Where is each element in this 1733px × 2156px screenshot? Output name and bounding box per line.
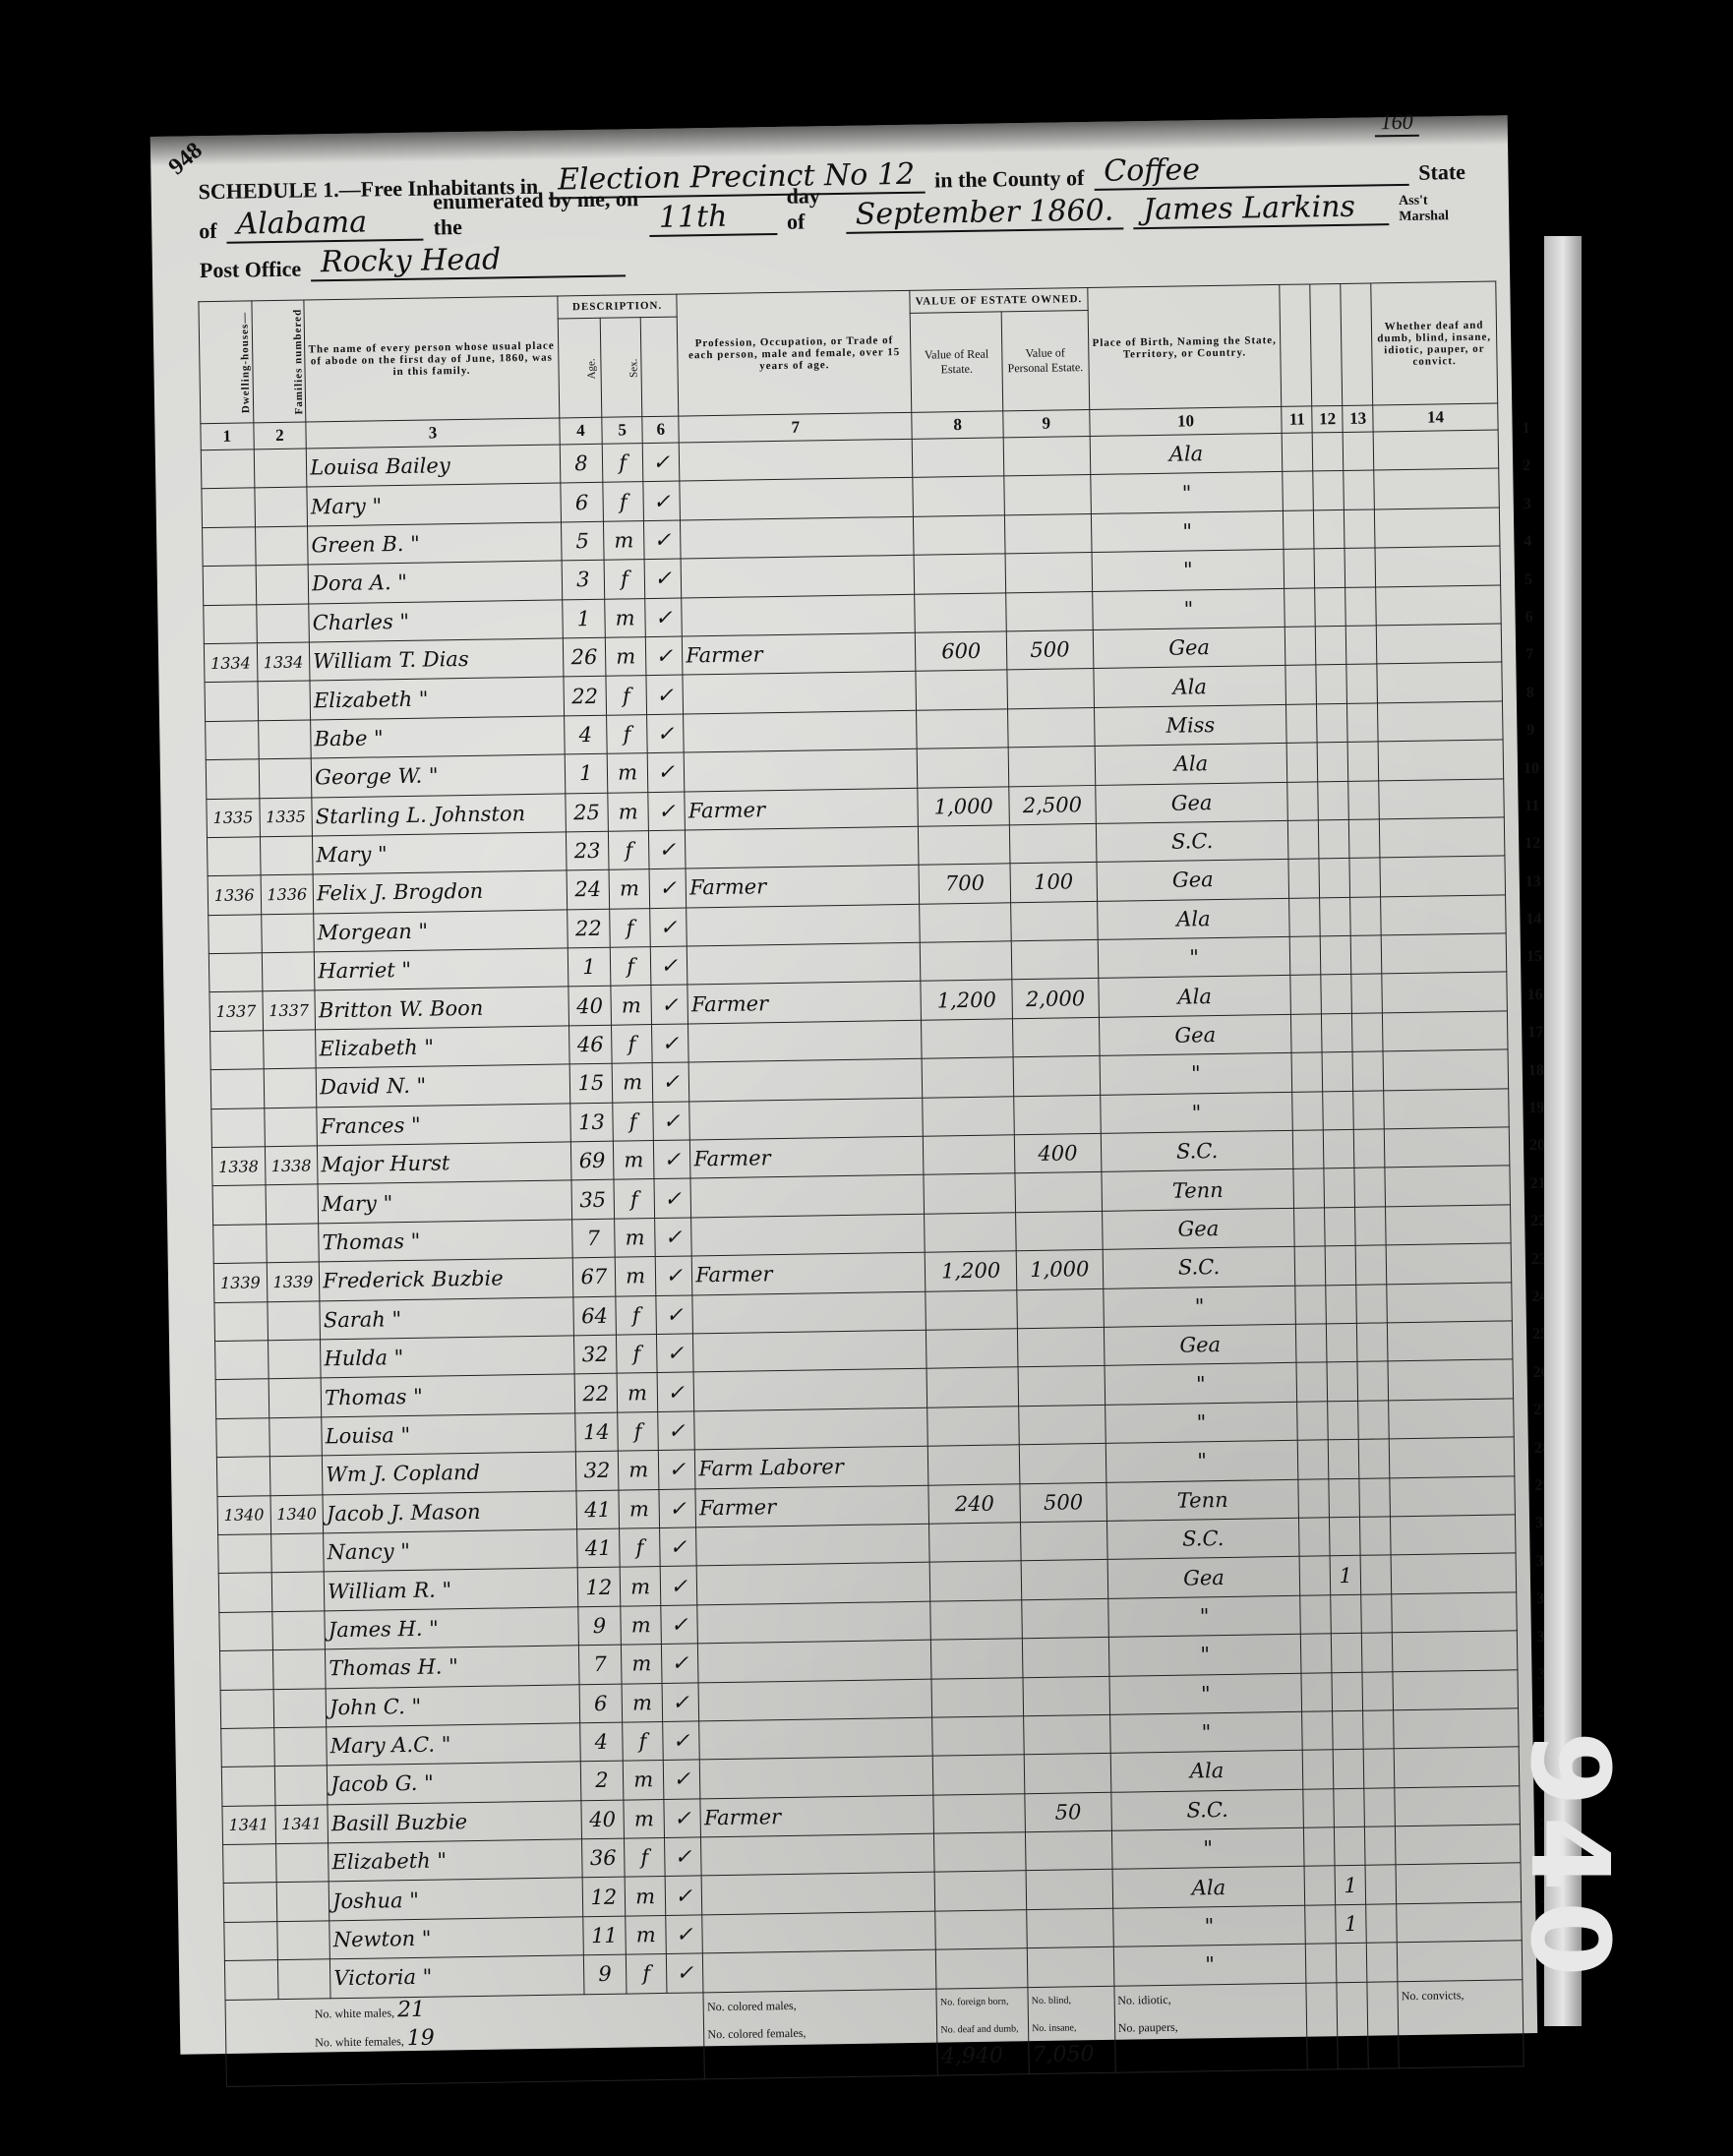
cell-school bbox=[1323, 1091, 1354, 1130]
cell-name: Harriet " bbox=[314, 948, 568, 990]
cell-school bbox=[1325, 1246, 1356, 1286]
colored-females-label: No. colored females, bbox=[707, 2025, 806, 2041]
cell-school bbox=[1334, 1788, 1365, 1827]
cell-sex: m bbox=[605, 637, 646, 677]
cell-dwelling bbox=[215, 1379, 269, 1418]
white-males: 21 bbox=[397, 1997, 425, 2021]
cell-occupation bbox=[698, 1640, 932, 1682]
cell-sex: f bbox=[616, 1335, 657, 1374]
line-number: 12 bbox=[1521, 825, 1545, 864]
cell-birth: Gea bbox=[1097, 860, 1289, 901]
cell-name: Mary A.C. " bbox=[327, 1723, 580, 1766]
cell-illiterate bbox=[1349, 858, 1381, 897]
cell-real: 1,000 bbox=[918, 786, 1009, 826]
cell-personal: 50 bbox=[1025, 1792, 1111, 1832]
cell-infirm bbox=[1373, 430, 1498, 470]
cell-personal bbox=[1004, 475, 1091, 515]
cell-dwelling bbox=[206, 759, 259, 799]
cell-school bbox=[1319, 859, 1350, 898]
cell-color: ✓ bbox=[657, 1334, 694, 1373]
cell-school bbox=[1314, 549, 1345, 588]
cell-name: John C. " bbox=[326, 1684, 579, 1726]
cell-married bbox=[1299, 1518, 1331, 1557]
cell-occupation bbox=[688, 1020, 923, 1062]
cell-family bbox=[275, 1843, 329, 1883]
cell-illiterate bbox=[1351, 974, 1383, 1013]
col-header-name: The name of every person whose usual pla… bbox=[304, 296, 560, 422]
cell-name: Britton W. Boon bbox=[315, 987, 568, 1029]
cell-dwelling bbox=[216, 1417, 269, 1457]
cell-occupation: Farmer bbox=[690, 1136, 925, 1178]
foreign-born-label: No. foreign born, bbox=[940, 1996, 1009, 2007]
cell-color: ✓ bbox=[657, 1372, 694, 1411]
cell-infirm bbox=[1383, 1011, 1508, 1051]
cell-personal: 2,500 bbox=[1009, 785, 1096, 825]
cell-family bbox=[255, 526, 308, 566]
cell-occupation bbox=[702, 1911, 936, 1953]
cell-infirm bbox=[1392, 1592, 1517, 1633]
cell-school bbox=[1312, 432, 1344, 471]
cell-age: 8 bbox=[560, 444, 603, 483]
cell-infirm bbox=[1388, 1359, 1513, 1400]
col-number: 5 bbox=[602, 417, 643, 445]
cell-personal bbox=[1008, 747, 1095, 787]
cell-infirm bbox=[1395, 1785, 1520, 1826]
cell-age: 40 bbox=[568, 987, 612, 1026]
col-number: 14 bbox=[1373, 403, 1498, 432]
cell-real bbox=[916, 670, 1007, 710]
cell-infirm bbox=[1397, 1941, 1522, 1981]
cell-sex: m bbox=[615, 1218, 656, 1257]
cell-family bbox=[266, 1224, 319, 1263]
cell-married bbox=[1284, 510, 1315, 550]
col-header-occupation: Profession, Occupation, or Trade of each… bbox=[677, 290, 912, 416]
cell-married bbox=[1303, 1788, 1335, 1827]
cell-dwelling bbox=[212, 1185, 266, 1225]
line-number: 4 bbox=[1516, 523, 1540, 562]
cell-personal bbox=[1026, 1830, 1112, 1871]
cell-married bbox=[1295, 1246, 1327, 1286]
cell-dwelling bbox=[219, 1650, 272, 1690]
cell-dwelling bbox=[214, 1301, 268, 1341]
cell-illiterate bbox=[1354, 1168, 1386, 1207]
cell-age: 1 bbox=[565, 753, 608, 793]
cell-age: 7 bbox=[571, 1219, 615, 1258]
cell-family bbox=[271, 1611, 325, 1650]
cell-birth: Gea bbox=[1093, 627, 1285, 668]
cell-infirm bbox=[1394, 1747, 1519, 1787]
cell-school bbox=[1328, 1401, 1359, 1440]
cell-infirm bbox=[1389, 1399, 1514, 1439]
cell-infirm bbox=[1387, 1282, 1512, 1322]
cell-real bbox=[913, 476, 1004, 516]
cell-illiterate bbox=[1358, 1401, 1390, 1440]
line-number: 10 bbox=[1520, 749, 1544, 788]
cell-birth: Gea bbox=[1107, 1557, 1300, 1598]
cell-infirm bbox=[1386, 1243, 1511, 1284]
cell-occupation bbox=[686, 826, 920, 868]
cell-dwelling: 1341 bbox=[222, 1805, 275, 1844]
cell-color: ✓ bbox=[649, 830, 687, 869]
schedule-header: SCHEDULE 1.—Free Inhabitants in Election… bbox=[198, 146, 1470, 283]
cell-birth: Tenn bbox=[1102, 1169, 1294, 1211]
cell-personal: 500 bbox=[1006, 629, 1093, 670]
cell-married bbox=[1283, 433, 1314, 472]
cell-birth: S.C. bbox=[1096, 820, 1288, 862]
cell-sex: m bbox=[608, 792, 649, 831]
cell-dwelling bbox=[204, 604, 257, 643]
cell-age: 9 bbox=[583, 1954, 627, 1994]
cell-color: ✓ bbox=[656, 1295, 693, 1335]
cell-real: 1,200 bbox=[921, 980, 1012, 1020]
cell-infirm bbox=[1379, 778, 1504, 818]
cell-married bbox=[1291, 1052, 1323, 1092]
cell-dwelling bbox=[221, 1767, 274, 1806]
cell-real bbox=[917, 748, 1008, 788]
cell-occupation bbox=[681, 555, 915, 597]
cell-color: ✓ bbox=[653, 1102, 690, 1141]
colored-males-label: No. colored males, bbox=[707, 1999, 797, 2013]
cell-real bbox=[927, 1407, 1019, 1447]
cell-dwelling bbox=[216, 1457, 269, 1496]
cell-age: 64 bbox=[573, 1296, 617, 1336]
cell-school bbox=[1327, 1362, 1358, 1402]
cell-occupation bbox=[688, 1058, 923, 1101]
cell-name: James H. " bbox=[325, 1607, 578, 1649]
cell-school bbox=[1316, 626, 1347, 665]
col-header-sex: Sex. bbox=[627, 338, 640, 397]
cell-color: ✓ bbox=[664, 1799, 701, 1838]
cell-school bbox=[1333, 1710, 1364, 1750]
cell-occupation bbox=[683, 672, 917, 714]
cell-sex: m bbox=[607, 753, 648, 793]
cell-name: Nancy " bbox=[324, 1529, 577, 1572]
insane-label: No. insane, bbox=[1032, 2022, 1076, 2034]
cell-real bbox=[924, 1135, 1015, 1175]
cell-personal bbox=[1024, 1754, 1110, 1794]
cell-school bbox=[1317, 743, 1348, 782]
cell-occupation bbox=[692, 1291, 926, 1334]
page-number: 160 bbox=[1374, 109, 1418, 138]
cell-occupation: Farmer bbox=[692, 1252, 926, 1294]
cell-personal bbox=[1027, 1947, 1113, 1988]
cell-personal bbox=[1021, 1521, 1107, 1561]
col-header-dwelling: Dwelling-houses—numbered in the order of… bbox=[239, 308, 254, 417]
cell-personal bbox=[1006, 591, 1093, 631]
cell-birth: Ala bbox=[1095, 744, 1287, 785]
cell-color: ✓ bbox=[666, 1915, 703, 1954]
cell-married bbox=[1301, 1672, 1333, 1711]
cell-sex: m bbox=[613, 1141, 654, 1180]
cell-family bbox=[267, 1300, 320, 1340]
cell-dwelling bbox=[203, 527, 256, 567]
cell-birth: " bbox=[1111, 1827, 1304, 1869]
cell-infirm bbox=[1378, 701, 1503, 742]
cell-age: 1 bbox=[568, 947, 611, 987]
cell-birth: S.C. bbox=[1101, 1130, 1293, 1171]
cell-school bbox=[1330, 1517, 1361, 1556]
cell-color: ✓ bbox=[651, 946, 688, 986]
cell-illiterate bbox=[1358, 1439, 1390, 1478]
cell-school bbox=[1316, 665, 1347, 704]
cell-personal: 500 bbox=[1020, 1482, 1106, 1523]
cell-occupation bbox=[700, 1756, 934, 1798]
cell-name: Basill Buzbie bbox=[328, 1800, 581, 1842]
cell-birth: S.C. bbox=[1103, 1247, 1295, 1288]
cell-married bbox=[1295, 1285, 1327, 1324]
cell-personal bbox=[1027, 1908, 1113, 1948]
cell-married bbox=[1287, 743, 1319, 782]
cell-illiterate bbox=[1360, 1555, 1392, 1594]
cell-family bbox=[276, 1921, 329, 1960]
cell-personal bbox=[1013, 1017, 1100, 1057]
cell-occupation: Farmer bbox=[695, 1485, 929, 1527]
cell-illiterate bbox=[1357, 1361, 1389, 1401]
cell-birth: " bbox=[1113, 1944, 1306, 1985]
cell-school bbox=[1331, 1594, 1362, 1634]
cell-age: 69 bbox=[570, 1141, 614, 1180]
cell-real bbox=[929, 1561, 1021, 1601]
cell-name: Morgean " bbox=[314, 910, 568, 952]
col-number: 2 bbox=[253, 422, 306, 449]
cell-sex: m bbox=[621, 1645, 662, 1684]
cell-married bbox=[1284, 549, 1315, 588]
cell-birth: " bbox=[1112, 1905, 1305, 1946]
cell-family bbox=[264, 1108, 317, 1147]
cell-family bbox=[269, 1417, 322, 1457]
cell-infirm bbox=[1374, 468, 1499, 509]
cell-personal bbox=[1017, 1327, 1104, 1367]
cell-illiterate bbox=[1363, 1749, 1395, 1788]
cell-illiterate bbox=[1345, 509, 1376, 549]
cell-name: Elizabeth " bbox=[310, 677, 564, 719]
cell-dwelling bbox=[209, 953, 262, 992]
cell-sex: m bbox=[604, 520, 645, 560]
cell-name: Louisa Bailey bbox=[306, 445, 560, 487]
cell-illiterate bbox=[1355, 1207, 1387, 1246]
cell-birth: S.C. bbox=[1110, 1789, 1303, 1830]
cell-personal: 2,000 bbox=[1012, 979, 1099, 1019]
cell-age: 3 bbox=[562, 560, 605, 599]
cell-name: Dora A. " bbox=[308, 561, 562, 603]
convicts-label: No. convicts, bbox=[1402, 1988, 1464, 2003]
cell-illiterate bbox=[1352, 1051, 1384, 1091]
cell-family bbox=[263, 1030, 316, 1069]
cell-birth: " bbox=[1092, 588, 1285, 629]
cell-school bbox=[1314, 509, 1345, 549]
cell-illiterate bbox=[1356, 1284, 1388, 1323]
cell-real: 240 bbox=[928, 1483, 1020, 1524]
cell-infirm bbox=[1386, 1205, 1511, 1245]
cell-age: 22 bbox=[574, 1374, 618, 1413]
cell-color: ✓ bbox=[652, 1062, 689, 1102]
cell-family: 1338 bbox=[265, 1146, 318, 1185]
cell-married bbox=[1300, 1595, 1332, 1635]
cell-illiterate bbox=[1365, 1827, 1397, 1866]
cell-birth: Gea bbox=[1104, 1324, 1296, 1365]
cell-age: 25 bbox=[566, 793, 609, 832]
day: 11th bbox=[649, 199, 778, 237]
cell-infirm bbox=[1378, 740, 1503, 780]
cell-occupation bbox=[689, 1098, 924, 1140]
cell-family: 1339 bbox=[267, 1262, 320, 1301]
cell-name: Mary " bbox=[313, 832, 567, 874]
cell-married bbox=[1287, 781, 1319, 820]
cell-age: 22 bbox=[567, 909, 610, 948]
cell-color: ✓ bbox=[644, 520, 682, 560]
cell-occupation bbox=[680, 439, 914, 481]
cell-dwelling bbox=[223, 1883, 276, 1922]
cell-age: 46 bbox=[568, 1025, 612, 1064]
cell-color: ✓ bbox=[645, 598, 683, 637]
cell-family bbox=[276, 1882, 329, 1921]
cell-dwelling bbox=[218, 1573, 271, 1612]
cell-color: ✓ bbox=[659, 1488, 696, 1527]
cell-age: 6 bbox=[579, 1684, 623, 1723]
blind-label: No. blind, bbox=[1032, 1995, 1071, 2006]
cell-color: ✓ bbox=[646, 636, 684, 676]
cell-family bbox=[269, 1378, 322, 1417]
cell-name: Thomas " bbox=[321, 1374, 574, 1416]
col-number: 8 bbox=[912, 411, 1003, 439]
cell-sex: f bbox=[612, 1024, 653, 1063]
cell-family: 1337 bbox=[263, 990, 316, 1030]
cell-real bbox=[932, 1716, 1024, 1757]
cell-personal bbox=[1022, 1637, 1108, 1677]
cell-dwelling bbox=[205, 682, 258, 721]
cell-family: 1334 bbox=[257, 642, 310, 682]
cell-infirm bbox=[1376, 585, 1501, 626]
cell-sex: f bbox=[614, 1179, 655, 1219]
cell-dwelling: 1335 bbox=[207, 798, 260, 837]
cell-illiterate bbox=[1350, 897, 1382, 936]
cell-real bbox=[926, 1289, 1017, 1330]
cell-family bbox=[272, 1649, 326, 1689]
cell-color: ✓ bbox=[665, 1837, 702, 1877]
post-office: Rocky Head bbox=[311, 240, 627, 281]
cell-color: ✓ bbox=[660, 1566, 697, 1605]
cell-age: 4 bbox=[564, 715, 607, 754]
cell-family bbox=[270, 1533, 324, 1573]
cell-school bbox=[1321, 975, 1352, 1014]
cell-married bbox=[1304, 1866, 1336, 1905]
cell-name: Green B. " bbox=[308, 522, 562, 565]
cell-birth: " bbox=[1091, 510, 1284, 552]
cell-age: 4 bbox=[579, 1722, 623, 1762]
cell-dwelling bbox=[202, 488, 255, 527]
cell-real bbox=[924, 1173, 1015, 1214]
cell-name: Louisa " bbox=[322, 1413, 575, 1456]
cell-name: Jacob G. " bbox=[327, 1762, 580, 1804]
cell-sex: m bbox=[618, 1451, 659, 1490]
cell-family bbox=[269, 1456, 323, 1495]
census-page: 948 160 SCHEDULE 1.—Free Inhabitants in … bbox=[150, 115, 1537, 2054]
cell-dwelling: 1338 bbox=[211, 1147, 265, 1186]
cell-age: 5 bbox=[561, 521, 604, 561]
deaf-dumb-label: No. deaf and dumb, bbox=[940, 2023, 1018, 2035]
cell-sex: m bbox=[622, 1683, 663, 1722]
cell-color: ✓ bbox=[659, 1450, 696, 1489]
cell-occupation bbox=[691, 1214, 926, 1256]
cell-occupation bbox=[698, 1679, 932, 1721]
cell-real bbox=[914, 554, 1005, 594]
cell-family bbox=[277, 1959, 330, 1999]
county: Coffee bbox=[1094, 150, 1409, 191]
cell-occupation bbox=[681, 516, 915, 559]
cell-infirm bbox=[1391, 1515, 1516, 1555]
cell-married bbox=[1304, 1827, 1336, 1867]
cell-personal bbox=[1022, 1598, 1108, 1639]
col-number: 9 bbox=[1003, 409, 1090, 437]
cell-name: William T. Dias bbox=[310, 638, 564, 681]
cell-age: 2 bbox=[580, 1761, 624, 1800]
cell-personal bbox=[1011, 901, 1098, 941]
cell-illiterate bbox=[1345, 548, 1376, 587]
cell-illiterate bbox=[1360, 1517, 1392, 1556]
cell-family: 1340 bbox=[270, 1494, 324, 1533]
cell-married bbox=[1293, 1130, 1325, 1169]
cell-sex: f bbox=[610, 908, 651, 947]
cell-real bbox=[922, 1057, 1013, 1098]
cell-sex: m bbox=[619, 1489, 660, 1528]
cell-real bbox=[917, 709, 1008, 749]
line-number: 3 bbox=[1516, 486, 1540, 524]
cell-illiterate bbox=[1347, 742, 1379, 781]
cell-sex: m bbox=[624, 1799, 665, 1838]
cell-illiterate bbox=[1361, 1594, 1393, 1634]
cell-married bbox=[1288, 859, 1320, 898]
cell-birth: Ala bbox=[1110, 1751, 1303, 1792]
cell-family bbox=[258, 681, 311, 720]
cell-family bbox=[259, 758, 312, 798]
cell-dwelling bbox=[209, 914, 262, 953]
cell-occupation bbox=[687, 904, 921, 946]
cell-dwelling bbox=[219, 1611, 272, 1650]
cell-birth: Miss bbox=[1094, 704, 1286, 746]
cell-occupation bbox=[694, 1407, 928, 1450]
cell-name: Newton " bbox=[329, 1917, 583, 1959]
line-number: 2 bbox=[1515, 448, 1539, 486]
cell-personal bbox=[1021, 1560, 1107, 1600]
cell-married bbox=[1302, 1711, 1334, 1751]
cell-personal bbox=[1003, 436, 1090, 476]
col-number: 3 bbox=[306, 418, 560, 449]
cell-occupation bbox=[696, 1524, 930, 1566]
enumerated-label: enumerated by me, on the bbox=[433, 186, 639, 240]
cell-occupation bbox=[697, 1601, 931, 1644]
cell-infirm bbox=[1377, 662, 1502, 702]
cell-infirm bbox=[1382, 972, 1507, 1012]
cell-birth: " bbox=[1108, 1634, 1301, 1675]
cell-occupation bbox=[696, 1563, 930, 1605]
cell-school bbox=[1324, 1129, 1355, 1168]
cell-illiterate bbox=[1367, 1943, 1399, 1982]
cell-married bbox=[1283, 471, 1314, 510]
cell-personal bbox=[1017, 1288, 1104, 1329]
cell-personal bbox=[1026, 1870, 1112, 1910]
cell-real bbox=[926, 1367, 1018, 1407]
cell-color: ✓ bbox=[663, 1721, 700, 1761]
cell-age: 32 bbox=[575, 1451, 619, 1490]
cell-personal bbox=[1009, 823, 1096, 864]
cell-real bbox=[930, 1599, 1022, 1640]
cell-real bbox=[921, 941, 1012, 982]
cell-illiterate bbox=[1348, 780, 1380, 819]
cell-occupation bbox=[699, 1717, 933, 1760]
cell-dwelling bbox=[224, 1960, 277, 2000]
cell-sex: m bbox=[611, 986, 652, 1025]
cell-illiterate bbox=[1355, 1245, 1387, 1285]
